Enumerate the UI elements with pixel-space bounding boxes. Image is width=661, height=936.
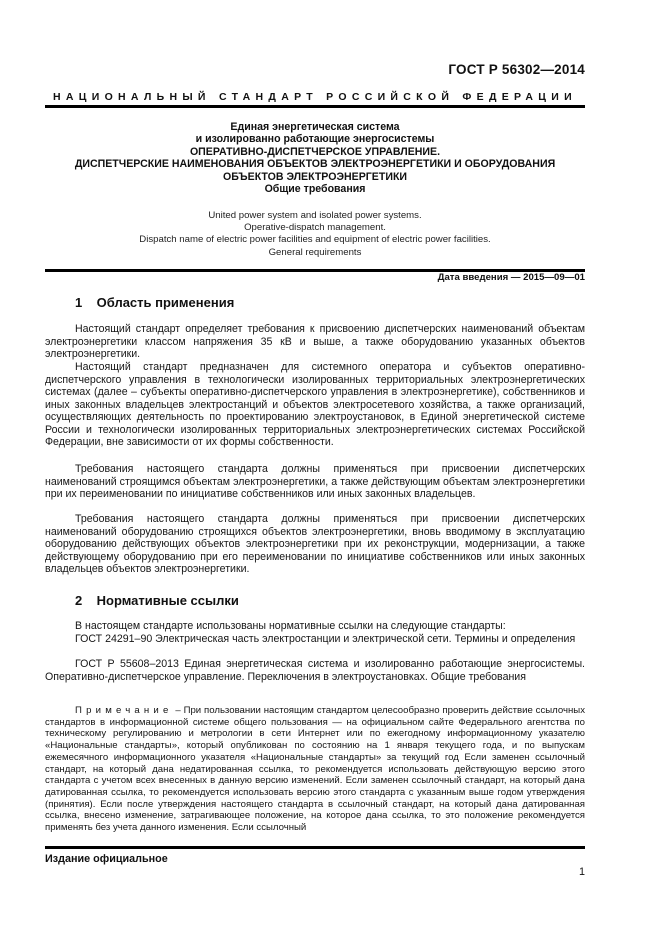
title-line: ДИСПЕТЧЕРСКИЕ НАИМЕНОВАНИЯ ОБЪЕКТОВ ЭЛЕК… [45, 158, 585, 170]
gost-code: ГОСТ Р 56302—2014 [448, 62, 585, 77]
title-line: Единая энергетическая система [45, 121, 585, 133]
reference-gost-24291: ГОСТ 24291–90 Электрическая часть электр… [45, 633, 585, 646]
header-rule [45, 105, 585, 108]
note: Примечание – При пользовании настоящим с… [45, 705, 585, 834]
title-line: Общие требования [45, 183, 585, 195]
title-en-line: Operative-dispatch management. [45, 222, 585, 234]
official-edition-label: Издание официальное [45, 853, 168, 865]
section-number: 2 [75, 593, 93, 608]
paragraph: Настоящий стандарт предназначен для сист… [45, 361, 585, 449]
paragraph: В настоящем стандарте использованы норма… [45, 620, 585, 633]
section-number: 1 [75, 295, 93, 310]
section-2-heading: 2 Нормативные ссылки [75, 593, 239, 608]
title-russian: Единая энергетическая система и изолиров… [45, 121, 585, 195]
title-line: и изолированно работающие энергосистемы [45, 133, 585, 145]
section-title: Область применения [97, 295, 235, 310]
note-label: Примечание [75, 705, 173, 716]
page-number: 1 [579, 866, 585, 878]
title-english: United power system and isolated power s… [45, 210, 585, 259]
title-line: ОПЕРАТИВНО-ДИСПЕТЧЕРСКОЕ УПРАВЛЕНИЕ. [45, 146, 585, 158]
national-standard-heading: НАЦИОНАЛЬНЫЙ СТАНДАРТ РОССИЙСКОЙ ФЕДЕРАЦ… [45, 91, 585, 103]
title-en-line: United power system and isolated power s… [45, 210, 585, 222]
paragraph: Требования настоящего стандарта должны п… [45, 513, 585, 576]
paragraph: Требования настоящего стандарта должны п… [45, 463, 585, 501]
title-line: ОБЪЕКТОВ ЭЛЕКТРОЭНЕРГЕТИКИ [45, 171, 585, 183]
footer-rule [45, 846, 585, 849]
section-title: Нормативные ссылки [97, 593, 239, 608]
reference-gost-55608: ГОСТ Р 55608–2013 Единая энергетическая … [45, 658, 585, 683]
title-en-line: General requirements [45, 247, 585, 259]
paragraph: Настоящий стандарт определяет требования… [45, 323, 585, 361]
introduction-date: Дата введения — 2015—09—01 [438, 272, 585, 283]
title-en-line: Dispatch name of electric power faciliti… [45, 234, 585, 246]
note-text: – При пользовании настоящим стандартом ц… [45, 705, 585, 833]
section-1-heading: 1 Область применения [75, 295, 234, 310]
